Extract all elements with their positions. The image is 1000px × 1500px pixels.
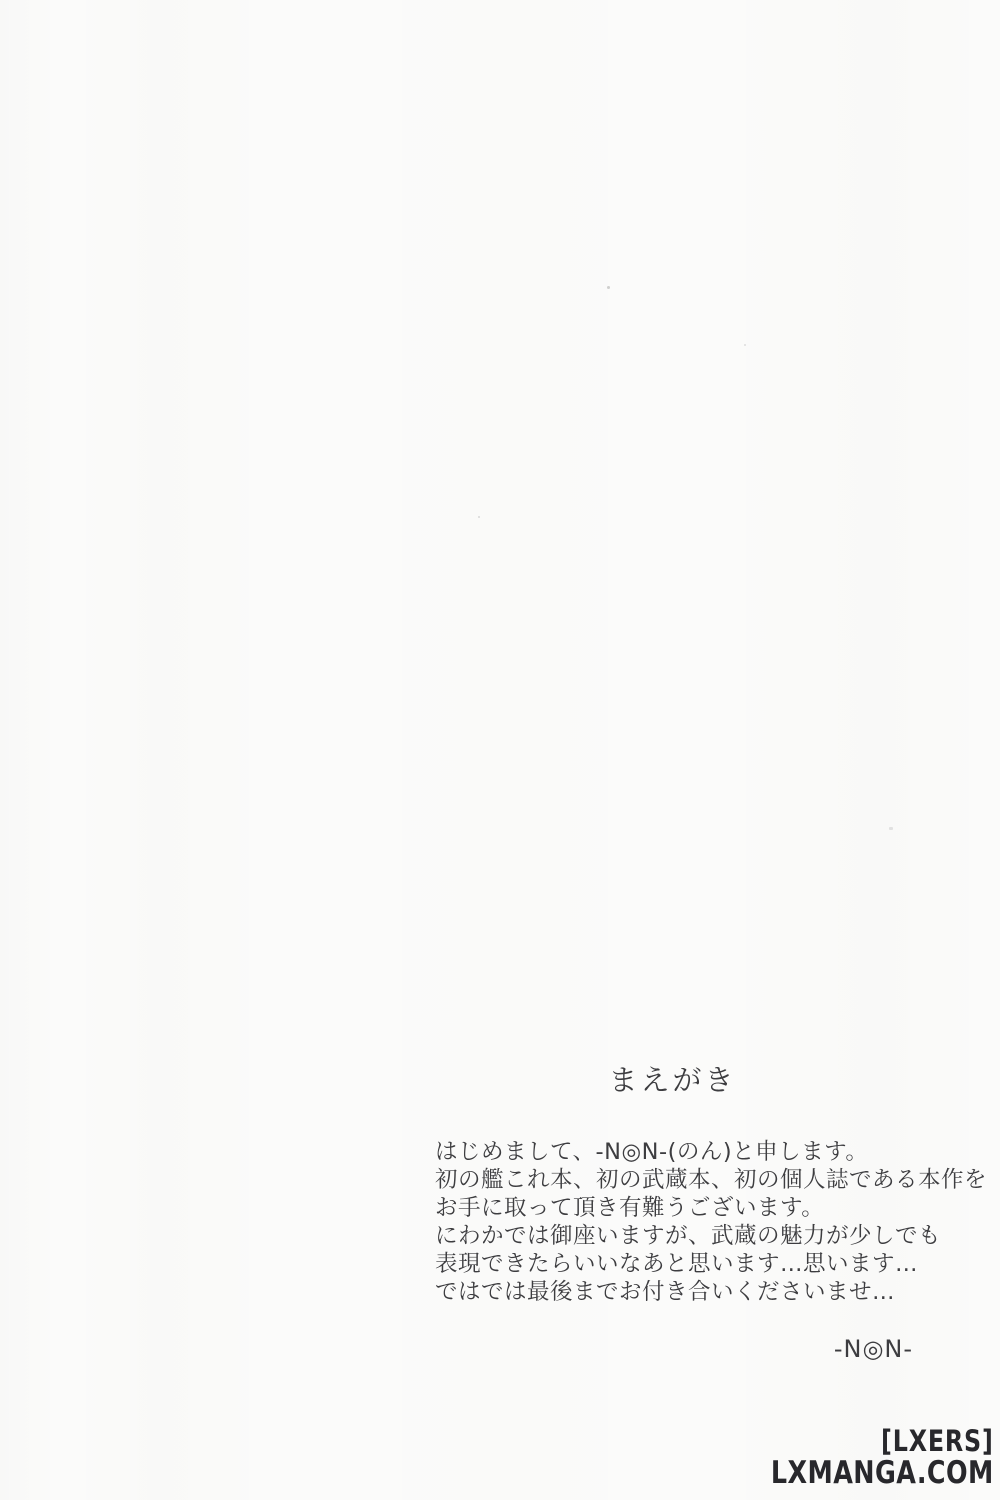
foreword-text: はじめまして、-N◎N-(のん)と申します。 初の艦これ本、初の武蔵本、初の個人… xyxy=(435,1138,955,1306)
dust-speck xyxy=(889,827,893,830)
foreword-line: お手に取って頂き有難うございます。 xyxy=(435,1194,955,1222)
foreword-line: はじめまして、-N◎N-(のん)と申します。 xyxy=(435,1138,955,1166)
foreword-line: 表現できたらいいなあと思います…思います… xyxy=(435,1250,955,1278)
dust-speck xyxy=(744,344,746,346)
scanned-page: まえがき はじめまして、-N◎N-(のん)と申します。 初の艦これ本、初の武蔵本… xyxy=(0,0,1000,1500)
dust-speck xyxy=(478,516,480,518)
watermark-group-name: [LXERS] xyxy=(771,1426,994,1457)
page-title: まえがき xyxy=(435,1063,910,1097)
foreword-line: 初の艦これ本、初の武蔵本、初の個人誌である本作を xyxy=(435,1166,955,1194)
watermark-site-url: LXMANGA.COM xyxy=(771,1457,994,1490)
author-signature: -N◎N- xyxy=(435,1334,913,1364)
foreword-line: にわかでは御座いますが、武蔵の魅力が少しでも xyxy=(435,1222,955,1250)
site-watermark: [LXERS] LXMANGA.COM xyxy=(771,1426,994,1490)
dust-speck xyxy=(607,286,610,289)
foreword-line: ではでは最後までお付き合いくださいませ… xyxy=(435,1278,955,1306)
